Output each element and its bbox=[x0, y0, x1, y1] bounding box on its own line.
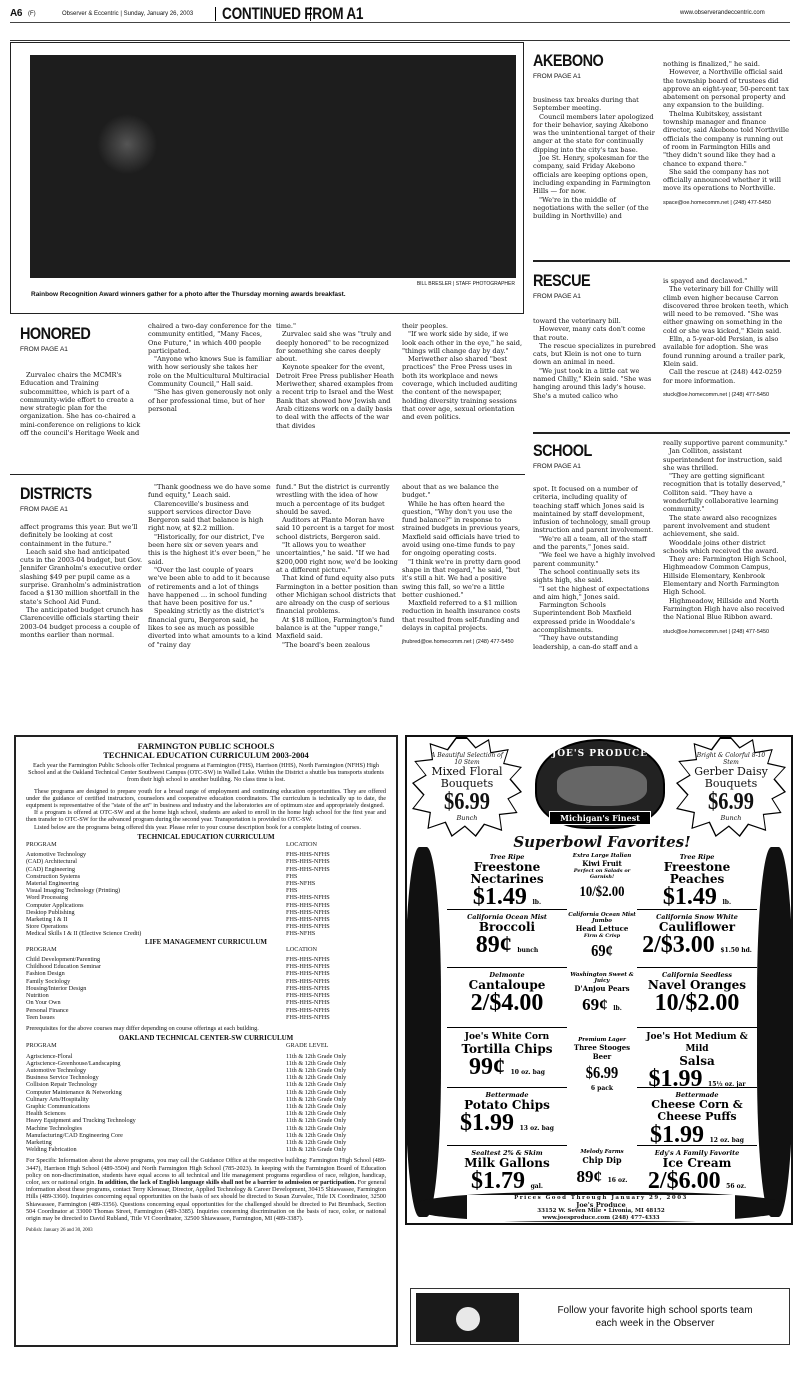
table-row: Visual Imaging Technology (Printing)FHS bbox=[26, 887, 386, 894]
table-row: Automotive Technology11th & 12th Grade O… bbox=[26, 1067, 386, 1074]
paragraph: "Over the last couple of years we've bee… bbox=[148, 566, 272, 607]
paragraph: Clarenceville's business and support ser… bbox=[148, 500, 272, 533]
starburst-left: A Beautiful Selection of 10 Stem Mixed F… bbox=[412, 737, 522, 837]
column: really supportive parent community." Jan… bbox=[663, 439, 789, 636]
paragraph: Wooddale joins other district schools wh… bbox=[663, 539, 789, 556]
paragraph: Speaking strictly as the district's fina… bbox=[148, 607, 272, 648]
promo-banner: Superbowl Favorites! bbox=[502, 833, 702, 851]
paragraph: "Historically, for our district, I've be… bbox=[148, 533, 272, 566]
table-row: Material EngineeringFHS-NFHS bbox=[26, 880, 386, 887]
product-chip-dip: Melody FarmsChip Dip 89¢ 16 oz. bbox=[567, 1149, 637, 1189]
paragraph: Listed below are the programs being offe… bbox=[26, 824, 386, 831]
product-cantaloupe: DelmonteCantaloupe 2/$4.00 bbox=[447, 967, 567, 1015]
paragraph: Maxfield referred to a $1 million reduct… bbox=[402, 599, 524, 632]
paragraph: Leach said she had anticipated cuts in t… bbox=[20, 548, 144, 606]
paragraph: Thelma Kubitskey, assistant township man… bbox=[663, 110, 789, 168]
store-address: 33152 W. Seven Mile • Livonia, MI 48152 bbox=[467, 1208, 735, 1215]
paragraph: The school continually sets its sights h… bbox=[533, 568, 657, 585]
paragraph: spot. It focused on a number of criteria… bbox=[533, 485, 657, 535]
story-school: SCHOOL FROM PAGE A1 spot. It focused on … bbox=[533, 442, 793, 470]
paragraph: Elln, a 5-year-old Persian, is also avai… bbox=[663, 335, 789, 368]
table-row: Machine Technologies11th & 12th Grade On… bbox=[26, 1125, 386, 1132]
paper-date: Observer & Eccentric | Sunday, January 2… bbox=[62, 11, 193, 17]
vine-decoration-right bbox=[757, 847, 793, 1217]
table-row: Agriscience-Greenhouse/Landscaping11th &… bbox=[26, 1060, 386, 1067]
column: "Thank goodness we do have some fund equ… bbox=[148, 483, 272, 649]
table-row: Automotive TechnologyFHS-HHS-NFHS bbox=[26, 851, 386, 858]
page-number: A6 bbox=[10, 8, 22, 19]
table-row: On Your OwnFHS-HHS-NFHS bbox=[26, 999, 386, 1006]
column: spot. It focused on a number of criteria… bbox=[533, 485, 657, 651]
story-rescue: RESCUE FROM PAGE A1 toward the veterinar… bbox=[533, 272, 793, 300]
paragraph: "We're in the middle of negotiations wit… bbox=[533, 196, 657, 221]
table-row: (CAD) EngineeringFHS-HHS-NFHS bbox=[26, 866, 386, 873]
store-name: Joe's Produce bbox=[467, 1202, 735, 1209]
paragraph: "She has given generously not only of he… bbox=[148, 388, 272, 413]
table-row: Computer Maintenance & Networking11th & … bbox=[26, 1089, 386, 1096]
product-kiwi: Extra Large ItalianKiwi Fruit Perfect on… bbox=[567, 853, 637, 904]
paragraph: Auditors at Plante Moran have said 10 pe… bbox=[276, 516, 398, 541]
paragraph: Farmington Schools Superintendent Bob Ma… bbox=[533, 601, 657, 634]
table-header: PROGRAMGRADE LEVEL bbox=[26, 1042, 386, 1049]
paragraph: Council members later apologized for the… bbox=[533, 113, 657, 154]
column: is spayed and declawed." The veterinary … bbox=[663, 277, 789, 399]
brand-logo: JOE'S PRODUCE Michigan's Finest bbox=[535, 739, 665, 829]
table-header: PROGRAMLOCATION bbox=[26, 946, 386, 953]
paragraph: time." bbox=[276, 322, 398, 330]
column-header: PROGRAM bbox=[26, 1042, 57, 1049]
top-rule bbox=[10, 40, 790, 41]
table-row: Culinary Arts/Hospitality11th & 12th Gra… bbox=[26, 1096, 386, 1103]
author-email[interactable]: stuck@oe.homecomm.net | (248) 477-5450 bbox=[663, 628, 789, 636]
paragraph: "I think we're in pretty darn good shape… bbox=[402, 558, 524, 599]
table-row: Construction SystemsFHS bbox=[26, 873, 386, 880]
paragraph: These programs are designed to prepare y… bbox=[26, 788, 386, 810]
paragraph: toward the veterinary bill. bbox=[533, 317, 657, 325]
golf-ball-image bbox=[416, 1293, 519, 1342]
column-header: PROGRAM bbox=[26, 841, 57, 848]
product-tortilla-chips: Joe's White CornTortilla Chips 99¢ 10 oz… bbox=[447, 1027, 567, 1079]
website-link[interactable]: www.observerandeccentric.com bbox=[680, 10, 765, 16]
golf-ball-icon bbox=[456, 1307, 480, 1331]
product-milk: Sealtest 2% & SkimMilk Gallons $1.79 gal… bbox=[447, 1145, 567, 1193]
brand-tagline: Michigan's Finest bbox=[549, 811, 651, 825]
otc-curriculum-table: Agriscience-Floral11th & 12th Grade Only… bbox=[26, 1053, 386, 1154]
table-row: Desktop PublishingFHS-HHS-NFHS bbox=[26, 909, 386, 916]
column-header: PROGRAM bbox=[26, 946, 57, 953]
paragraph: Highmeadow, Hillside and North Farmingto… bbox=[663, 597, 789, 622]
table-row: Teen IssuesFHS-HHS-NFHS bbox=[26, 1014, 386, 1021]
table-row: Manufacturing/CAD Engineering Core11th &… bbox=[26, 1132, 386, 1139]
paragraph: If a program is offered at OTC-SW and at… bbox=[26, 809, 386, 823]
column: toward the veterinary bill. However, man… bbox=[533, 317, 657, 400]
paragraph: really supportive parent community." bbox=[663, 439, 789, 447]
paragraph: Joe St. Henry, spokesman for the company… bbox=[533, 154, 657, 195]
paragraph: chaired a two-day conference for the com… bbox=[148, 322, 272, 355]
paragraph: Call the rescue at (248) 442-0259 for mo… bbox=[663, 368, 789, 385]
paragraph: "If we work side by side, if we look eac… bbox=[402, 330, 524, 355]
paragraph: "We're all a team, all of the staff and … bbox=[533, 535, 657, 552]
product-pears: Washington Sweet & JuicyD'Anjou Pears 69… bbox=[567, 972, 637, 1017]
edition: (F) bbox=[28, 11, 36, 17]
table-row: Agriscience-Floral11th & 12th Grade Only bbox=[26, 1053, 386, 1060]
paragraph: The anticipated budget crunch has Claren… bbox=[20, 606, 144, 639]
paragraph: The state award also recognizes parent i… bbox=[663, 514, 789, 539]
paragraph: "We feel we have a highly involved paren… bbox=[533, 551, 657, 568]
divider bbox=[533, 432, 790, 434]
table-row: Family SociologyFHS-HHS-NFHS bbox=[26, 978, 386, 985]
table-row: Fashion DesignFHS-HHS-NFHS bbox=[26, 970, 386, 977]
paragraph: "They have outstanding leadership, a can… bbox=[533, 634, 657, 651]
table-row: Child Development/ParentingFHS-HHS-NFHS bbox=[26, 956, 386, 963]
author-email[interactable]: jhubred@oe.homecomm.net | (248) 477-5450 bbox=[402, 638, 524, 646]
column-header: LOCATION bbox=[286, 841, 386, 848]
story-districts: DISTRICTS FROM PAGE A1 affect programs t… bbox=[20, 485, 525, 513]
paragraph: They are: Farmington High School, Highme… bbox=[663, 555, 789, 596]
table-row: Computer ApplicationsFHS-HHS-NFHS bbox=[26, 902, 386, 909]
paragraph: "It allows you to weather uncertainties,… bbox=[276, 541, 398, 574]
photo-caption: Rainbow Recognition Award winners gather… bbox=[31, 291, 346, 298]
title-divider bbox=[215, 7, 216, 21]
product-salsa: Joe's Hot Medium & MildSalsa $1.99 15½ o… bbox=[637, 1027, 757, 1091]
product-beer: Premium LagerThree Stooges Beer $6.996 p… bbox=[567, 1037, 637, 1092]
brand-name: JOE'S PRODUCE bbox=[537, 749, 663, 759]
produce-ad: A Beautiful Selection of 10 Stem Mixed F… bbox=[405, 735, 793, 1225]
paragraph: At $18 million, Farmington's fund balanc… bbox=[276, 616, 398, 641]
paragraph: However, a Northville official said the … bbox=[663, 68, 789, 109]
table-row: Medical Skills I & II (Elective Science … bbox=[26, 930, 386, 937]
contact-paragraph: For Specific Information about the above… bbox=[26, 1157, 386, 1222]
column-header: LOCATION bbox=[286, 946, 386, 953]
column-header: GRADE LEVEL bbox=[286, 1042, 386, 1049]
vine-decoration-left bbox=[405, 847, 441, 1217]
paragraph: "Anyone who knows Sue is familiar with h… bbox=[148, 355, 272, 388]
paragraph: nothing is finalized," he said. bbox=[663, 60, 789, 68]
product-potato-chips: BettermadePotato Chips $1.99 13 oz. bag bbox=[447, 1087, 567, 1135]
paragraph: "Thank goodness we do have some fund equ… bbox=[148, 483, 272, 500]
paragraph: Jan Colliton, assistant superintendent f… bbox=[663, 447, 789, 472]
paragraph: business tax breaks during that Septembe… bbox=[533, 96, 657, 113]
product-cheese-puffs: BettermadeCheese Corn & Cheese Puffs $1.… bbox=[637, 1087, 757, 1147]
photo-credit: BILL BRESLER | STAFF PHOTOGRAPHER bbox=[417, 281, 515, 287]
notice-subtitle: TECHNICAL EDUCATION CURRICULUM 2003-2004 bbox=[26, 751, 386, 760]
table-row: (CAD) ArchitecturalFHS-HHS-NFHS bbox=[26, 858, 386, 865]
table-row: NutritionFHS-HHS-NFHS bbox=[26, 992, 386, 999]
sports-promo[interactable]: Follow your favorite high school sports … bbox=[410, 1288, 790, 1345]
author-email[interactable]: space@oe.homecomm.net | (248) 477-5450 bbox=[663, 199, 789, 207]
section-heading: LIFE MANAGEMENT CURRICULUM bbox=[26, 939, 386, 946]
paragraph: Meriwether also shared "best practices" … bbox=[402, 355, 524, 421]
paragraph: Zurvalec said she was "truly and deeply … bbox=[276, 330, 398, 363]
table-row: Marketing I & IIFHS-HHS-NFHS bbox=[26, 916, 386, 923]
table-row: Business Service Technology11th & 12th G… bbox=[26, 1074, 386, 1081]
table-row: Health Sciences11th & 12th Grade Only bbox=[26, 1110, 386, 1117]
paragraph: That kind of fund equity also puts Farmi… bbox=[276, 574, 398, 615]
paragraph: Each year the Farmington Public Schools … bbox=[26, 762, 386, 784]
table-row: Personal FinanceFHS-HHS-NFHS bbox=[26, 1007, 386, 1014]
story-honored: HONORED FROM PAGE A1 Zurvalec chairs the… bbox=[20, 325, 525, 353]
column: fund." But the district is currently wre… bbox=[276, 483, 398, 649]
product-nectarines: Tree RipeFreestone Nectarines $1.49 lb. bbox=[447, 853, 567, 909]
story-akebono: AKEBONO FROM PAGE A1 business tax breaks… bbox=[533, 52, 793, 80]
life-curriculum-table: Child Development/ParentingFHS-HHS-NFHS … bbox=[26, 956, 386, 1021]
table-header: PROGRAMLOCATION bbox=[26, 841, 386, 848]
paragraph: The veterinary bill for Chilly will clim… bbox=[663, 285, 789, 335]
title-divider bbox=[310, 7, 311, 21]
table-row: Word ProcessingFHS-HHS-NFHS bbox=[26, 894, 386, 901]
paragraph: "They are getting significant recognitio… bbox=[663, 472, 789, 513]
product-lettuce: California Ocean Mist JumboHead Lettuce … bbox=[567, 912, 637, 963]
table-row: Collision Repair Technology11th & 12th G… bbox=[26, 1081, 386, 1088]
paragraph: However, many cats don't come that route… bbox=[533, 325, 657, 342]
column: business tax breaks during that Septembe… bbox=[533, 96, 657, 220]
column: time." Zurvalec said she was "truly and … bbox=[276, 322, 398, 430]
table-row: Heavy Equipment and Trucking Technology1… bbox=[26, 1117, 386, 1124]
author-email[interactable]: stuck@oe.homecomm.net | (248) 477-5450 bbox=[663, 391, 789, 399]
table-row: Graphic Communications11th & 12th Grade … bbox=[26, 1103, 386, 1110]
paragraph: affect programs this year. But we'll def… bbox=[20, 523, 144, 548]
column: their peoples. "If we work side by side,… bbox=[402, 322, 524, 422]
product-broccoli: California Ocean MistBroccoli 89¢ bunch bbox=[447, 909, 567, 957]
paragraph: "The board's been zealous bbox=[276, 641, 398, 649]
paragraph: "We just took in a little cat we named C… bbox=[533, 367, 657, 400]
masthead: A6 (F) Observer & Eccentric | Sunday, Ja… bbox=[0, 0, 800, 26]
paragraph: is spayed and declawed." bbox=[663, 277, 789, 285]
section-heading: TECHNICAL EDUCATION CURRICULUM bbox=[26, 834, 386, 841]
column: nothing is finalized," he said. However,… bbox=[663, 60, 789, 207]
section-title: CONTINUED FROM A1 bbox=[222, 4, 363, 24]
table-row: Housing/Interior DesignFHS-HHS-NFHS bbox=[26, 985, 386, 992]
paragraph: Zurvalec chairs the MCMR's Education and… bbox=[20, 371, 144, 437]
column: about that as we balance the budget." Wh… bbox=[402, 483, 524, 647]
column: chaired a two-day conference for the com… bbox=[148, 322, 272, 413]
product-peaches: Tree RipeFreestone Peaches $1.49 lb. bbox=[637, 853, 757, 909]
paragraph: about that as we balance the budget." bbox=[402, 483, 524, 500]
product-ice-cream: Edy's A Family FavoriteIce Cream 2/$6.00… bbox=[637, 1145, 757, 1193]
prerequisites-note: Prerequisites for the above courses may … bbox=[26, 1025, 386, 1032]
paragraph: fund." But the district is currently wre… bbox=[276, 483, 398, 516]
masthead-rule bbox=[10, 22, 790, 23]
column: Zurvalec chairs the MCMR's Education and… bbox=[20, 371, 144, 437]
paragraph: "I set the highest of expectations and a… bbox=[533, 585, 657, 602]
table-row: Marketing11th & 12th Grade Only bbox=[26, 1139, 386, 1146]
product-oranges: California SeedlessNavel Oranges 10/$2.0… bbox=[637, 967, 757, 1015]
group-photo bbox=[30, 55, 516, 278]
paragraph: While he has often heard the question, "… bbox=[402, 500, 524, 558]
table-row: Welding Fabrication11th & 12th Grade Onl… bbox=[26, 1146, 386, 1153]
section-heading: OAKLAND TECHNICAL CENTER-SW CURRICULUM bbox=[26, 1035, 386, 1042]
tech-curriculum-table: Automotive TechnologyFHS-HHS-NFHS (CAD) … bbox=[26, 851, 386, 937]
paragraph: their peoples. bbox=[402, 322, 524, 330]
divider bbox=[533, 260, 790, 262]
column: affect programs this year. But we'll def… bbox=[20, 523, 144, 639]
table-row: Childhood Education SeminarFHS-HHS-NFHS bbox=[26, 963, 386, 970]
starburst-right: Bright & Colorful 8-10 Stem Gerber Daisy… bbox=[676, 737, 786, 837]
photo-box: BILL BRESLER | STAFF PHOTOGRAPHER Rainbo… bbox=[10, 42, 524, 314]
ad-footer: Prices Good Through January 29, 2003 Joe… bbox=[467, 1195, 735, 1221]
divider bbox=[10, 474, 525, 475]
paragraph: Keynote speaker for the event, Detroit F… bbox=[276, 363, 398, 429]
product-cauliflower: California Snow WhiteCauliflower 2/$3.00… bbox=[637, 909, 757, 957]
store-contact[interactable]: www.joesproduce.com (248) 477-4333 bbox=[467, 1215, 735, 1222]
publish-dates: Publish: January 26 and 30, 2003 bbox=[26, 1227, 386, 1234]
fruit-illustration bbox=[557, 766, 647, 806]
table-row: Store OperationsFHS-HHS-NFHS bbox=[26, 923, 386, 930]
paragraph: She said the company has not officially … bbox=[663, 168, 789, 193]
paragraph: The rescue specializes in purebred cats,… bbox=[533, 342, 657, 367]
legal-notice: FARMINGTON PUBLIC SCHOOLS TECHNICAL EDUC… bbox=[14, 735, 398, 1347]
promo-text: Follow your favorite high school sports … bbox=[526, 1304, 784, 1330]
